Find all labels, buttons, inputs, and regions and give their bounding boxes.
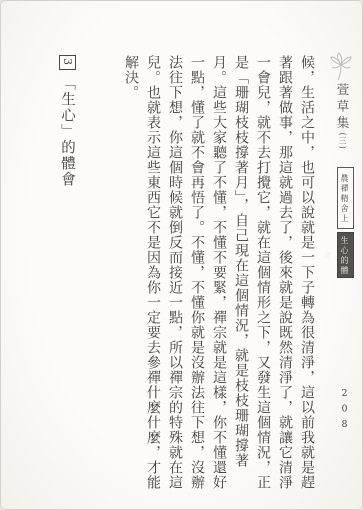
section-number: 3 [59,55,76,70]
book-title-text: 萱草集 [335,83,350,133]
running-head-title: 萱草集(三) [333,83,351,150]
paragraph-continuation: 候，生活之中，也可以說就是一下子轉為很清淨，這以前我就是趕著跟著做事，那這就過去… [120,55,318,493]
page-number: 208 [339,388,350,435]
chapter-badge-solid: 生心的體會 [337,232,354,278]
daylily-flower-icon [329,51,353,81]
book-page: 萱草集(三) 農禪精舍上 生心的體會 208 候，生活之中，也可以說就是一下子轉… [0,0,363,510]
section-heading: 3 「生心」的體會 [56,55,120,493]
book-volume: (三) [338,133,347,150]
chapter-badge-outline: 農禪精舍上 [337,167,354,229]
body-text: 候，生活之中，也可以說就是一下子轉為很清淨，這以前我就是趕著跟著做事，那這就過去… [40,55,318,493]
section-title: 「生心」的體會 [59,76,75,188]
